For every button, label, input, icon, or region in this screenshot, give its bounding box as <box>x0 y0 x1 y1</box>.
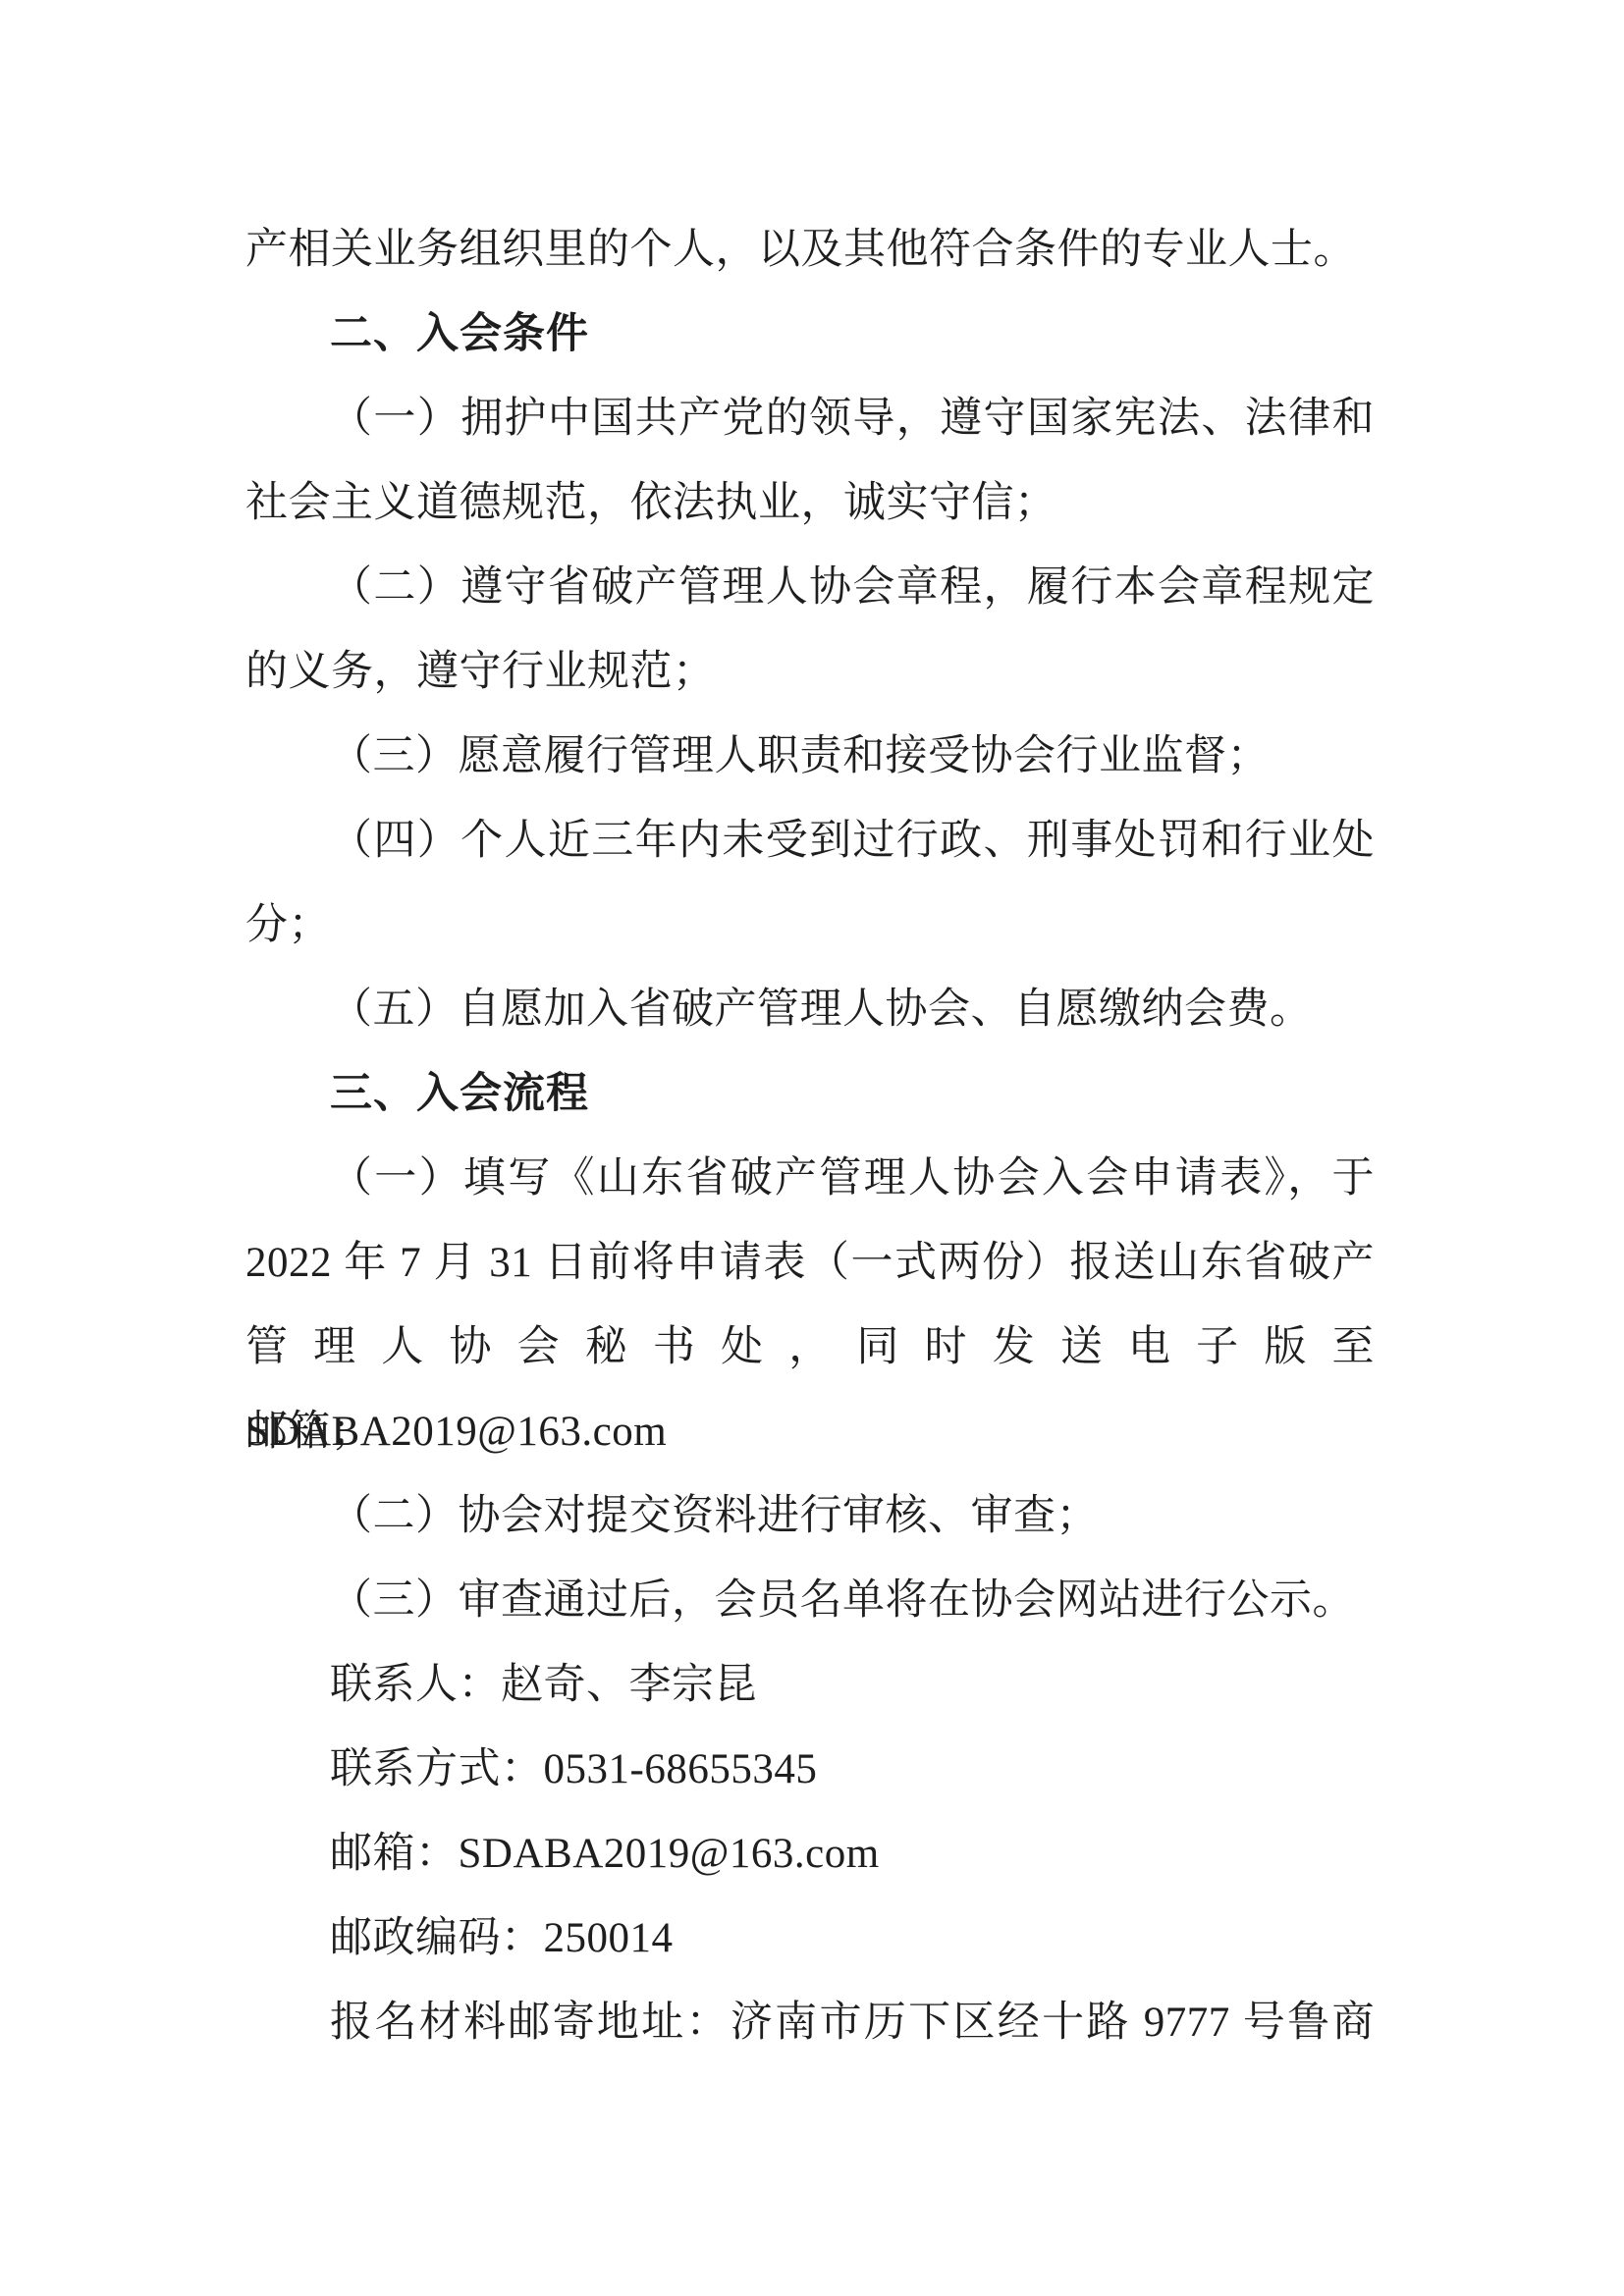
condition-item-1-line-2: 社会主义道德规范，依法执业，诚实守信； <box>245 461 1375 546</box>
process-item-3: （三）审查通过后，会员名单将在协会网站进行公示。 <box>245 1559 1375 1643</box>
process-item-1-line-1: （一）填写《山东省破产管理人协会入会申请表》，于 <box>245 1137 1375 1221</box>
heading-section-3-process: 三、入会流程 <box>245 1052 1375 1137</box>
mailing-address-line: 报名材料邮寄地址：济南市历下区经十路 9777 号鲁商 <box>245 1981 1375 2065</box>
document-text-block: 产相关业务组织里的个人，以及其他符合条件的专业人士。 二、入会条件 （一）拥护中… <box>245 208 1375 2065</box>
condition-item-5: （五）自愿加入省破产管理人协会、自愿缴纳会费。 <box>245 968 1375 1052</box>
process-item-1-line-3: 管理人协会秘书处，同时发送电子版至 SDABA2019@163.com <box>245 1306 1375 1390</box>
process-item-1-line-2: 2022 年 7 月 31 日前将申请表（一式两份）报送山东省破产 <box>245 1221 1375 1306</box>
paragraph-continuation-line: 产相关业务组织里的个人，以及其他符合条件的专业人士。 <box>245 208 1375 293</box>
document-page: 产相关业务组织里的个人，以及其他符合条件的专业人士。 二、入会条件 （一）拥护中… <box>0 0 1624 2296</box>
process-item-2: （二）协会对提交资料进行审核、审查； <box>245 1474 1375 1559</box>
contact-person-line: 联系人：赵奇、李宗昆 <box>245 1643 1375 1728</box>
heading-section-2-conditions: 二、入会条件 <box>245 293 1375 377</box>
condition-item-3: （三）愿意履行管理人职责和接受协会行业监督； <box>245 715 1375 799</box>
contact-phone-line: 联系方式：0531-68655345 <box>245 1728 1375 1812</box>
condition-item-1-line-1: （一）拥护中国共产党的领导，遵守国家宪法、法律和 <box>245 377 1375 461</box>
condition-item-2-line-1: （二）遵守省破产管理人协会章程，履行本会章程规定 <box>245 546 1375 630</box>
contact-email-line: 邮箱：SDABA2019@163.com <box>245 1812 1375 1896</box>
postal-code-line: 邮政编码：250014 <box>245 1896 1375 1981</box>
condition-item-4-line-1: （四）个人近三年内未受到过行政、刑事处罚和行业处 <box>245 799 1375 883</box>
condition-item-2-line-2: 的义务，遵守行业规范； <box>245 630 1375 715</box>
condition-item-4-line-2: 分； <box>245 883 1375 968</box>
